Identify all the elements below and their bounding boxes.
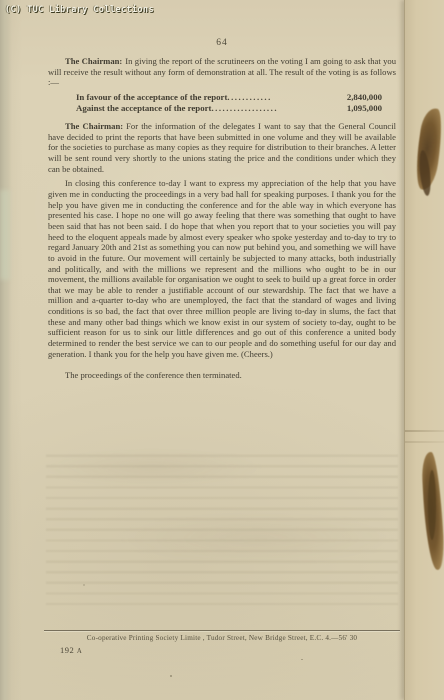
ink-bleed-through bbox=[46, 448, 398, 612]
chairman-voting-paragraph: The Chairman:In giving the report of the… bbox=[48, 56, 396, 88]
reference-suffix: A bbox=[77, 648, 82, 655]
catalogue-reference: 192 A bbox=[60, 645, 82, 655]
speaker-label: The Chairman: bbox=[65, 121, 126, 131]
page-crease bbox=[405, 441, 444, 443]
vote-row-in-favour: In favour of the acceptance of the repor… bbox=[76, 92, 382, 103]
vote-label: In favour of the acceptance of the repor… bbox=[76, 92, 227, 103]
adjacent-page-edge bbox=[404, 0, 444, 700]
printer-imprint: Co-operative Printing Society Limite , T… bbox=[44, 634, 400, 642]
gutter-tint-mark bbox=[0, 190, 10, 280]
vote-value: 1,095,000 bbox=[347, 103, 382, 114]
vote-row-against: Against the acceptance of the report....… bbox=[76, 103, 382, 114]
page-number: 64 bbox=[48, 38, 396, 48]
page-body-text: The Chairman:In giving the report of the… bbox=[48, 56, 396, 381]
page-crease bbox=[405, 430, 444, 432]
paper-speck bbox=[83, 584, 85, 586]
proceedings-terminated-line: The proceedings of the conference then t… bbox=[48, 370, 396, 381]
dot-leader: ............ bbox=[227, 92, 271, 103]
page-gutter-edge bbox=[0, 0, 12, 700]
library-watermark: (C) TUC Library Collections bbox=[5, 5, 154, 15]
chairman-reports-paragraph: The Chairman:For the information of the … bbox=[48, 121, 396, 174]
closing-address-paragraph: In closing this conference to-day I want… bbox=[48, 178, 396, 359]
scanned-document-page: (C) TUC Library Collections 64 The Chair… bbox=[0, 0, 444, 700]
vote-label: Against the acceptance of the report bbox=[76, 103, 211, 114]
speaker-label: The Chairman: bbox=[65, 56, 125, 66]
torn-paper-damage-dark bbox=[428, 470, 436, 540]
vote-value: 2,840,000 bbox=[347, 92, 382, 103]
reference-number: 192 bbox=[60, 645, 74, 655]
dot-leader: .................. bbox=[211, 103, 278, 114]
footer-rule bbox=[44, 630, 400, 631]
paper-speck bbox=[301, 659, 303, 660]
paper-speck bbox=[170, 675, 172, 677]
vote-results-table: In favour of the acceptance of the repor… bbox=[76, 92, 382, 114]
